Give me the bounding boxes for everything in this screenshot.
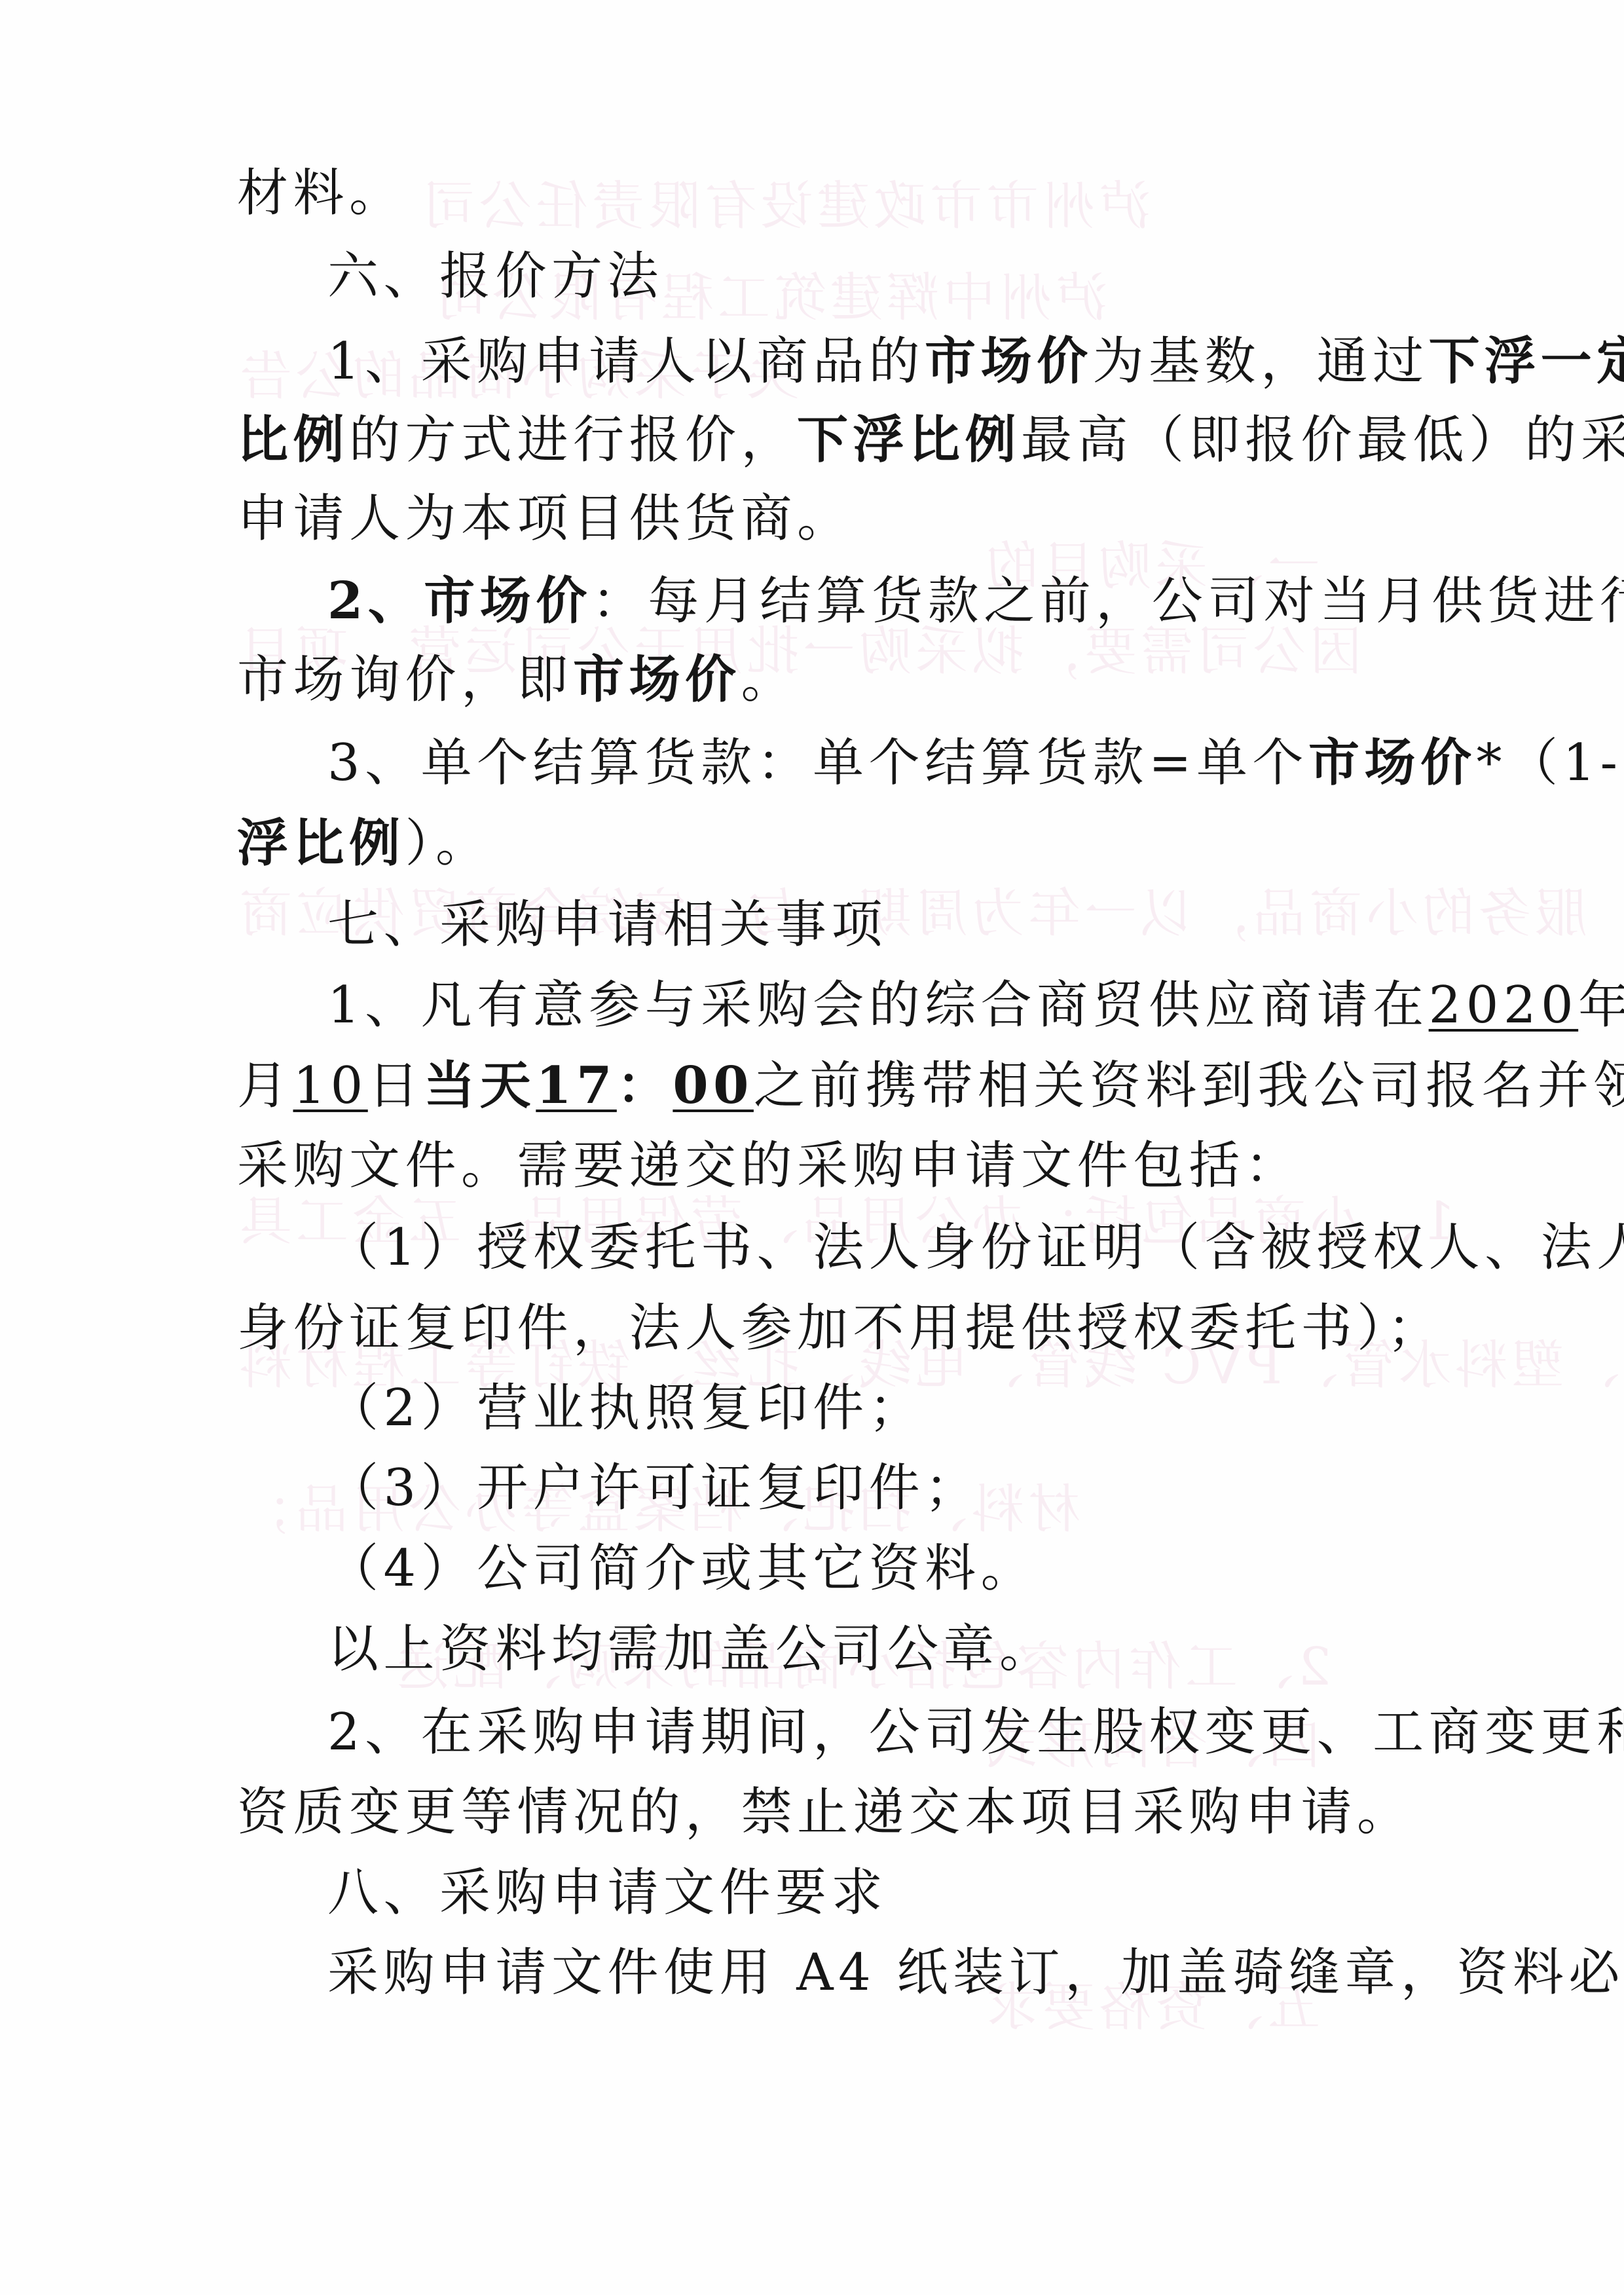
body-line: 市场询价，即市场价。 xyxy=(237,647,1390,713)
body-line: 1、采购申请人以商品的市场价为基数，通过下浮一定 xyxy=(327,329,1388,394)
text-segment: 年 xyxy=(1578,976,1624,1035)
section-heading-document-requirements: 八、采购申请文件要求 xyxy=(327,1860,1388,1926)
text-segment: *（1-下 xyxy=(1477,734,1624,793)
text-segment: （4）公司简介或其它资料。 xyxy=(327,1539,1037,1598)
text-segment: 17 xyxy=(536,1056,617,1115)
text-segment: 2、市场价 xyxy=(327,571,592,631)
text-segment: 采购文件。需要递交的采购申请文件包括： xyxy=(237,1136,1301,1195)
text-segment: 市场询价，即 xyxy=(237,650,573,709)
text-segment: 1、凡有意参与采购会的综合商贸供应商请在 xyxy=(327,976,1429,1035)
text-segment: 采购申请文件使用 A4 纸装订，加盖骑缝章，资料必须 xyxy=(327,1943,1624,2002)
text-segment: ： xyxy=(617,1056,673,1115)
body-line: 3、单个结算货款：单个结算货款=单个市场价*（1-下 xyxy=(327,730,1388,796)
text-segment: 市场价 xyxy=(1308,733,1477,793)
text-segment: 身份证复印件，法人参加不用提供授权委托书）； xyxy=(237,1299,1443,1358)
body-line: 2、市场价：每月结算货款之前，公司对当月供货进行 xyxy=(327,569,1388,634)
body-line: 以上资料均需加盖公司公章。 xyxy=(327,1616,1388,1682)
text-segment: 2、在采购申请期间，公司发生股权变更、工商变更和 xyxy=(327,1703,1624,1762)
text-segment: 下浮一定 xyxy=(1429,331,1624,391)
text-segment: 1、采购申请人以商品的 xyxy=(327,332,925,391)
body-line: 采购文件。需要递交的采购申请文件包括： xyxy=(237,1133,1390,1199)
text-segment: 市场价 xyxy=(925,331,1093,391)
text-segment: 市场价 xyxy=(573,650,741,709)
body-line: 申请人为本项目供货商。 xyxy=(237,486,1390,551)
list-item: （4）公司简介或其它资料。 xyxy=(327,1536,1388,1601)
text-segment: 最高（即报价最低）的采购 xyxy=(1021,411,1624,470)
text-segment: 2020 xyxy=(1429,976,1579,1035)
list-item-continuation: 身份证复印件，法人参加不用提供授权委托书）； xyxy=(237,1296,1390,1361)
text-segment: （2）营业执照复印件； xyxy=(327,1379,925,1438)
text-segment: 比例 xyxy=(237,410,349,470)
list-item: （3）开户许可证复印件； xyxy=(327,1455,1388,1521)
text-segment: 3、单个结算货款：单个结算货款=单个 xyxy=(327,734,1308,793)
list-item: （1）授权委托书、法人身份证明（含被授权人、法人 xyxy=(327,1215,1388,1280)
body-line: 比例的方式进行报价，下浮比例最高（即报价最低）的采购 xyxy=(237,407,1390,473)
document-page: 泸州市市政建设有限责任公司 泸州中辉建筑工程有限公司 关于采购小商品的公告 一、… xyxy=(0,0,1624,2295)
text-segment: 六、报价方法 xyxy=(327,247,663,306)
section-heading-pricing-method: 六、报价方法 xyxy=(327,244,1388,309)
text-segment: （1）授权委托书、法人身份证明（含被授权人、法人 xyxy=(327,1218,1624,1277)
text-segment: 。 xyxy=(741,650,798,709)
text-segment: 之前携带相关资料到我公司报名并领取 xyxy=(754,1056,1624,1115)
text-segment: 10 xyxy=(293,1056,368,1115)
text-segment: 资质变更等情况的，禁止递交本项目采购申请。 xyxy=(237,1783,1413,1842)
body-line: 资质变更等情况的，禁止递交本项目采购申请。 xyxy=(237,1780,1390,1845)
body-line: 材料。 xyxy=(237,160,1390,226)
body-line: 1、凡有意参与采购会的综合商贸供应商请在2020年1 xyxy=(327,973,1388,1038)
text-segment: 七、采购申请相关事项 xyxy=(327,895,887,954)
body-line: 2、在采购申请期间，公司发生股权变更、工商变更和 xyxy=(327,1700,1388,1765)
text-segment: ：每月结算货款之前，公司对当月供货进行 xyxy=(592,572,1624,631)
body-line: 浮比例）。 xyxy=(237,811,1390,876)
text-segment: 00 xyxy=(673,1056,754,1115)
body-line: 月10日当天17：00之前携带相关资料到我公司报名并领取 xyxy=(237,1053,1390,1119)
text-segment: 为基数，通过 xyxy=(1093,332,1429,391)
list-item: （2）营业执照复印件； xyxy=(327,1375,1388,1441)
text-segment: 申请人为本项目供货商。 xyxy=(237,489,853,548)
text-segment: 的方式进行报价， xyxy=(349,411,797,470)
text-segment: 材料。 xyxy=(237,164,405,223)
text-segment: 浮比例 xyxy=(237,813,405,873)
text-segment: 下浮比例 xyxy=(797,410,1021,470)
text-segment: 日 xyxy=(368,1056,424,1115)
text-segment: （3）开户许可证复印件； xyxy=(327,1459,981,1518)
text-segment: 八、采购申请文件要求 xyxy=(327,1863,887,1922)
text-segment: 月 xyxy=(237,1056,293,1115)
text-segment: 以上资料均需加盖公司公章。 xyxy=(327,1620,1056,1679)
section-heading-application-matters: 七、采购申请相关事项 xyxy=(327,892,1388,958)
text-segment: 当天 xyxy=(424,1056,536,1115)
text-segment: ）。 xyxy=(405,814,492,873)
body-line: 采购申请文件使用 A4 纸装订，加盖骑缝章，资料必须 xyxy=(327,1940,1388,2006)
